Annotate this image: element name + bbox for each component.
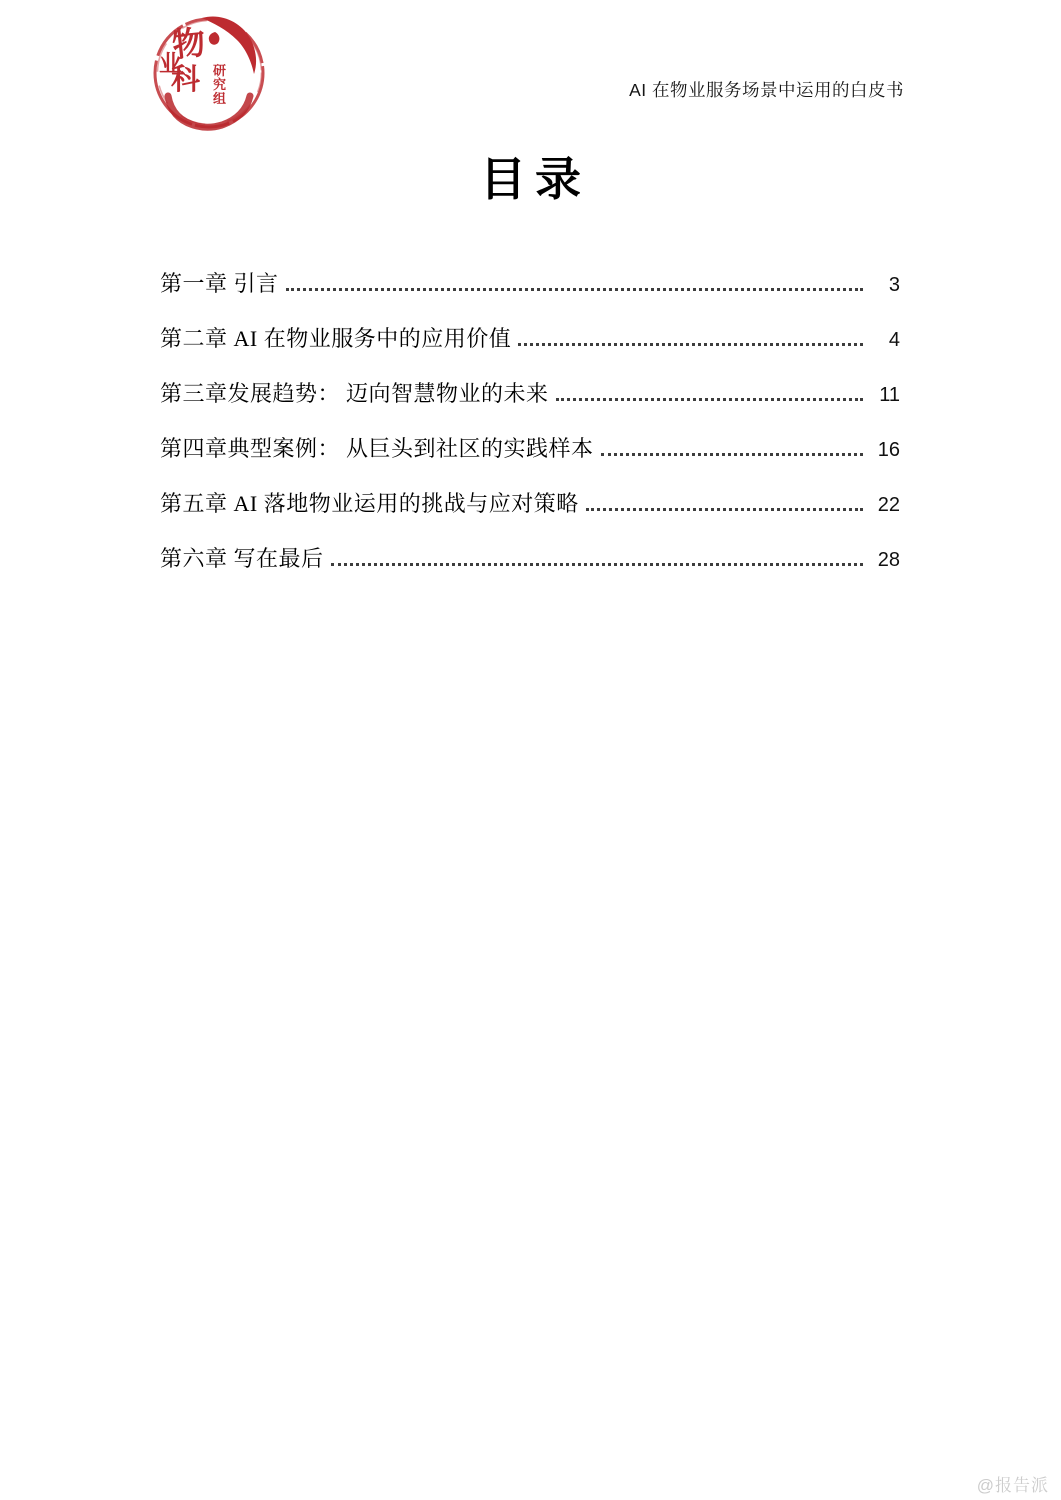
toc-list: 第一章 引言 3 第二章 AI 在物业服务中的应用价值 4 第三章发展趋势： 迈…	[160, 267, 900, 597]
document-page: 物 业 科 研 究 组 AI 在物业服务场景中运用的白皮书 目录 第一章 引言 …	[0, 0, 1061, 1500]
toc-page-number: 22	[866, 494, 900, 517]
toc-dot-leader	[518, 343, 863, 346]
toc-dot-leader	[601, 453, 863, 456]
property-research-seal-logo: 物 业 科 研 究 组	[152, 8, 270, 136]
toc-entry-label: 第四章典型案例： 从巨头到社区的实践样本	[160, 432, 594, 463]
logo-char-yan: 研	[213, 63, 226, 78]
toc-entry-label: 第五章 AI 落地物业运用的挑战与应对策略	[160, 487, 579, 518]
toc-dot-leader	[556, 398, 863, 401]
toc-entry-label: 第一章 引言	[160, 267, 279, 298]
toc-title: 目录	[0, 150, 1061, 210]
toc-page-number: 3	[866, 274, 900, 297]
logo-char-ke: 科	[171, 62, 200, 96]
toc-dot-leader	[331, 563, 863, 566]
watermark-baogaopai: @报告派	[977, 1471, 1049, 1496]
toc-entry-chapter2[interactable]: 第二章 AI 在物业服务中的应用价值 4	[160, 322, 900, 352]
seal-bottom-brush-arc	[168, 96, 250, 127]
seal-teardrop-dot	[209, 32, 220, 45]
toc-entry-label: 第三章发展趋势： 迈向智慧物业的未来	[160, 377, 549, 408]
toc-page-number: 16	[866, 439, 900, 462]
toc-entry-chapter4[interactable]: 第四章典型案例： 从巨头到社区的实践样本 16	[160, 432, 900, 462]
toc-dot-leader	[286, 288, 863, 291]
toc-page-number: 4	[866, 329, 900, 352]
toc-entry-chapter1[interactable]: 第一章 引言 3	[160, 267, 900, 297]
toc-entry-chapter5[interactable]: 第五章 AI 落地物业运用的挑战与应对策略 22	[160, 487, 900, 517]
toc-entry-chapter6[interactable]: 第六章 写在最后 28	[160, 542, 900, 572]
seal-brush-stroke	[202, 17, 256, 74]
toc-entry-label: 第六章 写在最后	[160, 542, 324, 573]
toc-entry-label: 第二章 AI 在物业服务中的应用价值	[160, 322, 511, 353]
toc-page-number: 11	[866, 384, 900, 407]
document-header-title: AI 在物业服务场景中运用的白皮书	[629, 77, 904, 102]
toc-dot-leader	[586, 508, 863, 511]
toc-entry-chapter3[interactable]: 第三章发展趋势： 迈向智慧物业的未来 11	[160, 377, 900, 407]
logo-char-zu: 组	[213, 91, 226, 106]
toc-page-number: 28	[866, 549, 900, 572]
logo-char-jiu: 究	[213, 77, 226, 92]
